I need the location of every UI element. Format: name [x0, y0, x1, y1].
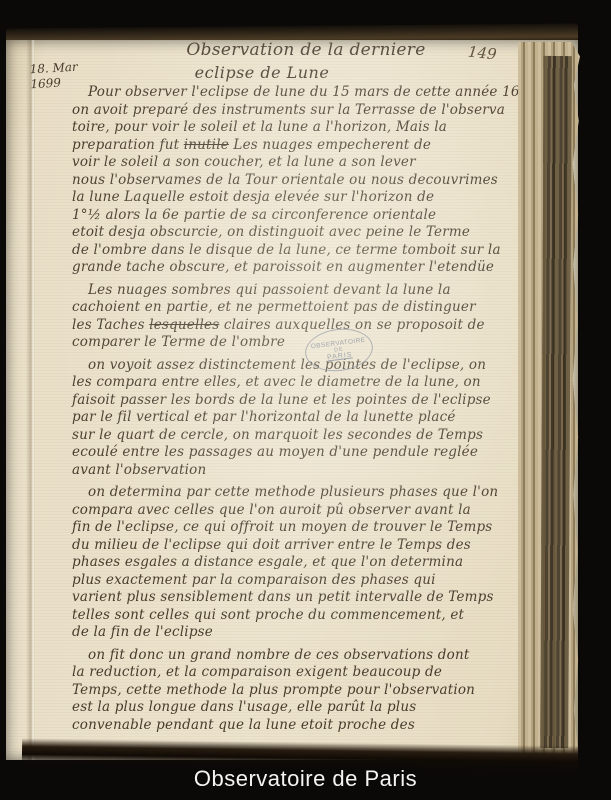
manuscript-paragraph: on fit donc un grand nombre de ces obser… [72, 647, 538, 735]
manuscript-line: plus exactement par la comparaison des p… [72, 572, 538, 590]
page-fore-edges [518, 42, 580, 760]
manuscript-line: Les nuages sombres qui passoient devant … [72, 282, 538, 300]
manuscript-line: de la fin de l'eclipse [72, 624, 538, 642]
manuscript-paragraph: Pour observer l'eclipse de lune du 15 ma… [72, 84, 538, 277]
manuscript-line: phases esgales a distance esgale, et que… [72, 554, 538, 572]
manuscript-line: par le fil vertical et par l'horizontal … [72, 409, 538, 427]
manuscript-line: les Taches lesquelles claires auxquelles… [72, 317, 538, 335]
manuscript-line: ecoulé entre les passages au moyen d'une… [72, 444, 538, 462]
manuscript-line: compara avec celles que l'on auroit pû o… [72, 502, 538, 520]
manuscript-line: toire, pour voir le soleil et la lune a … [72, 119, 538, 137]
manuscript-line: la reduction, et la comparaison exigent … [72, 664, 538, 682]
manuscript-line: grande tache obscure, et paroissoit en a… [72, 259, 538, 277]
manuscript-title-line2: eclipse de Lune [102, 63, 422, 82]
manuscript-line: de l'ombre dans le disque de la lune, ce… [72, 242, 538, 260]
manuscript-line: 1°½ alors la 6e partie de sa circonferen… [72, 207, 538, 225]
manuscript-line: Temps, cette methode la plus prompte pou… [72, 682, 538, 700]
manuscript-line: voir le soleil a son coucher, et la lune… [72, 154, 538, 172]
stamp-line3: PARIS [327, 351, 353, 361]
manuscript-line: fin de l'eclipse, ce qui offroit un moye… [72, 519, 538, 537]
manuscript-line: est la plus longue dans l'usage, elle pa… [72, 699, 538, 717]
manuscript-paragraph: on voyoit assez distinctement les pointe… [72, 357, 538, 480]
manuscript-line: on voyoit assez distinctement les pointe… [72, 357, 538, 375]
page-fore-edges-shadow [540, 56, 572, 748]
manuscript-page: Observation de la derniere eclipse de Lu… [6, 40, 578, 760]
manuscript-paragraph: Les nuages sombres qui passoient devant … [72, 282, 538, 352]
manuscript-line: les compara entre elles, et avec le diam… [72, 374, 538, 392]
manuscript-line: convenable pendant que la lune etoit pro… [72, 717, 538, 735]
manuscript-line: on determina par cette methode plusieurs… [72, 484, 538, 502]
page-gutter-fold [26, 40, 35, 760]
manuscript-line: nous l'observames de la Tour orientale o… [72, 172, 538, 190]
manuscript-line: on avoit preparé des instruments sur la … [72, 102, 538, 120]
manuscript-body: Pour observer l'eclipse de lune du 15 ma… [72, 84, 538, 739]
manuscript-line: telles sont celles qui sont proche du co… [72, 607, 538, 625]
manuscript-line: la lune Laquelle estoit desja elevée sur… [72, 189, 538, 207]
manuscript-title-line1: Observation de la derniere [146, 40, 466, 60]
manuscript-line: preparation fut inutile Les nuages empec… [72, 137, 538, 155]
photo-caption: Observatoire de Paris [0, 766, 611, 792]
manuscript-photo: Observation de la derniere eclipse de Lu… [0, 0, 611, 800]
manuscript-line: sur le quart de cercle, on marquoit les … [72, 427, 538, 445]
manuscript-line: Pour observer l'eclipse de lune du 15 ma… [72, 84, 538, 102]
manuscript-line: du milieu de l'eclipse qui doit arriver … [72, 537, 538, 555]
manuscript-line: etoit desja obscurcie, on distinguoit av… [72, 224, 538, 242]
manuscript-line: varient plus sensiblement dans un petit … [72, 589, 538, 607]
manuscript-line: cachoient en partie, et ne permettoient … [72, 299, 538, 317]
manuscript-line: avant l'observation [72, 462, 538, 480]
manuscript-line: faisoit passer les bords de la lune et l… [72, 392, 538, 410]
page-number: 149 [467, 43, 497, 64]
manuscript-paragraph: on determina par cette methode plusieurs… [72, 484, 538, 642]
manuscript-line: on fit donc un grand nombre de ces obser… [72, 647, 538, 665]
margin-date: 18. Mar [29, 60, 78, 77]
